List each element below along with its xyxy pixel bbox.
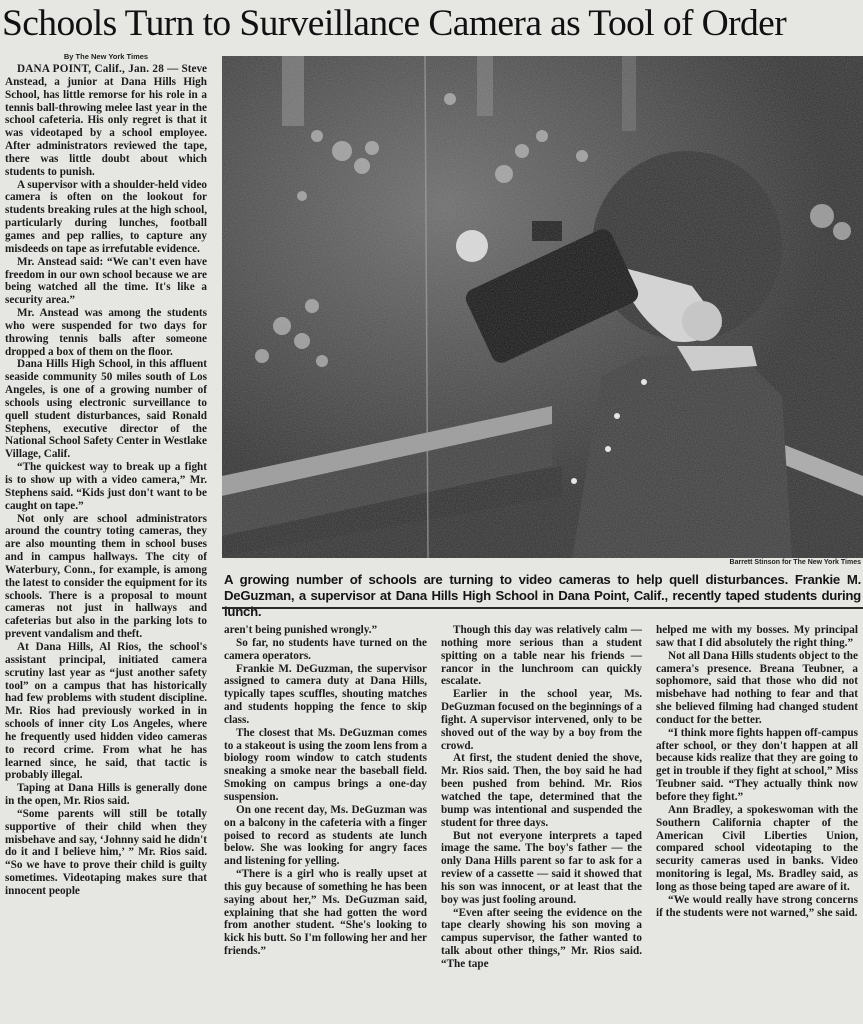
- paragraph: Not only are school administrators aroun…: [5, 513, 207, 641]
- paragraph: The closest that Ms. DeGuzman comes to a…: [224, 727, 427, 804]
- paragraph: At Dana Hills, Al Rios, the school's ass…: [5, 641, 207, 782]
- paragraph: Though this day was relatively calm — no…: [441, 624, 642, 688]
- paragraph: So far, no students have turned on the c…: [224, 637, 427, 663]
- photo-credit: Barrett Stinson for The New York Times: [730, 558, 861, 567]
- paragraph: Earlier in the school year, Ms. DeGuzman…: [441, 688, 642, 752]
- article-column-1: By The New York Times DANA POINT, Calif.…: [5, 52, 207, 898]
- paragraph: aren't being punished wrongly.”: [224, 624, 427, 637]
- paragraph: Steve Anstead, a junior at Dana Hills Hi…: [5, 63, 207, 178]
- paragraph: Mr. Anstead was among the students who w…: [5, 307, 207, 358]
- byline: By The New York Times: [5, 52, 207, 62]
- paragraph: A supervisor with a shoulder-held video …: [5, 179, 207, 256]
- article-column-4: helped me with my bosses. My principal s…: [656, 624, 858, 919]
- photo-caption: A growing number of schools are turning …: [224, 572, 861, 620]
- paragraph: Mr. Anstead said: “We can't even have fr…: [5, 256, 207, 307]
- paragraph: “I think more fights happen off-campus a…: [656, 727, 858, 804]
- news-photo: [222, 56, 863, 558]
- headline: Schools Turn to Surveillance Camera as T…: [0, 2, 863, 48]
- paragraph: Dana Hills High School, in this affluent…: [5, 358, 207, 461]
- paragraph: At first, the student denied the shove, …: [441, 752, 642, 829]
- paragraph: “We would really have strong concerns if…: [656, 894, 858, 920]
- dateline: DANA POINT, Calif., Jan. 28 —: [17, 63, 179, 75]
- article-column-3: Though this day was relatively calm — no…: [441, 624, 642, 971]
- paragraph: “There is a girl who is really upset at …: [224, 868, 427, 958]
- paragraph: helped me with my bosses. My principal s…: [656, 624, 858, 650]
- paragraph: “The quickest way to break up a fight is…: [5, 461, 207, 512]
- paragraph: Not all Dana Hills students object to th…: [656, 650, 858, 727]
- paragraph: But not everyone interprets a taped imag…: [441, 830, 642, 907]
- paragraph: Taping at Dana Hills is generally done i…: [5, 782, 207, 808]
- paragraph: Frankie M. DeGuzman, the supervisor assi…: [224, 663, 427, 727]
- paragraph: “Even after seeing the evidence on the t…: [441, 907, 642, 971]
- paragraph: Ann Bradley, a spokeswoman with the Sout…: [656, 804, 858, 894]
- article-column-2: aren't being punished wrongly.” So far, …: [224, 624, 427, 958]
- paragraph: On one recent day, Ms. DeGuzman was on a…: [224, 804, 427, 868]
- caption-rule: [222, 607, 863, 609]
- paragraph: “Some parents will still be totally supp…: [5, 808, 207, 898]
